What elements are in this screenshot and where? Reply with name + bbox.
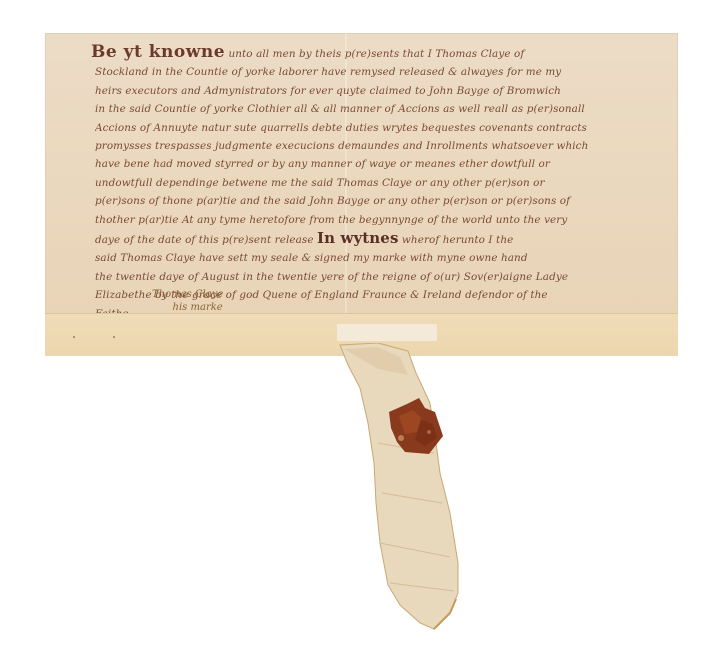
deed-line-5: Accions of Annuyte natur sute quarrells … xyxy=(95,119,665,137)
deed-line-13: the twentie daye of August in the twenti… xyxy=(95,268,665,286)
deed-line-4: in the said Countie of yorke Clothier al… xyxy=(95,100,665,118)
ink-spot xyxy=(73,336,75,338)
deed-line-10: thother p(ar)tie At any tyme heretofore … xyxy=(95,211,665,229)
deed-line-1: Be yt knowne unto all men by theis p(re)… xyxy=(91,43,665,63)
deed-line-11: daye of the date of this p(re)sent relea… xyxy=(95,229,665,249)
paper-repair-patch xyxy=(337,324,437,341)
deed-line-9: p(er)sons of thone p(ar)tie and the said… xyxy=(95,192,665,210)
deed-line-12: said Thomas Claye have sett my seale & s… xyxy=(95,249,665,267)
parchment-deed: Be yt knowne unto all men by theis p(re)… xyxy=(45,33,678,355)
signatory-name: Thomas Claye xyxy=(152,288,223,301)
signature-mark: Thomas Claye his marke xyxy=(152,288,223,314)
opening-words: Be yt knowne xyxy=(91,43,225,62)
deed-text: Be yt knowne unto all men by theis p(re)… xyxy=(95,43,665,323)
seal-tag xyxy=(338,343,468,633)
deed-line-6: promysses trespasses judgmente execucion… xyxy=(95,137,665,155)
deed-line-7: have bene had moved styrred or by any ma… xyxy=(95,155,665,173)
ink-spot xyxy=(113,336,115,338)
wax-seal xyxy=(385,398,447,456)
deed-line-8: undowtfull dependinge betwene me the sai… xyxy=(95,174,665,192)
deed-line-2: Stockland in the Countie of yorke labore… xyxy=(95,63,665,81)
in-witness-heading: In wytnes xyxy=(317,229,399,247)
deed-line-3: heirs executors and Admynistrators for e… xyxy=(95,82,665,100)
signatory-mark-label: his marke xyxy=(152,301,223,314)
